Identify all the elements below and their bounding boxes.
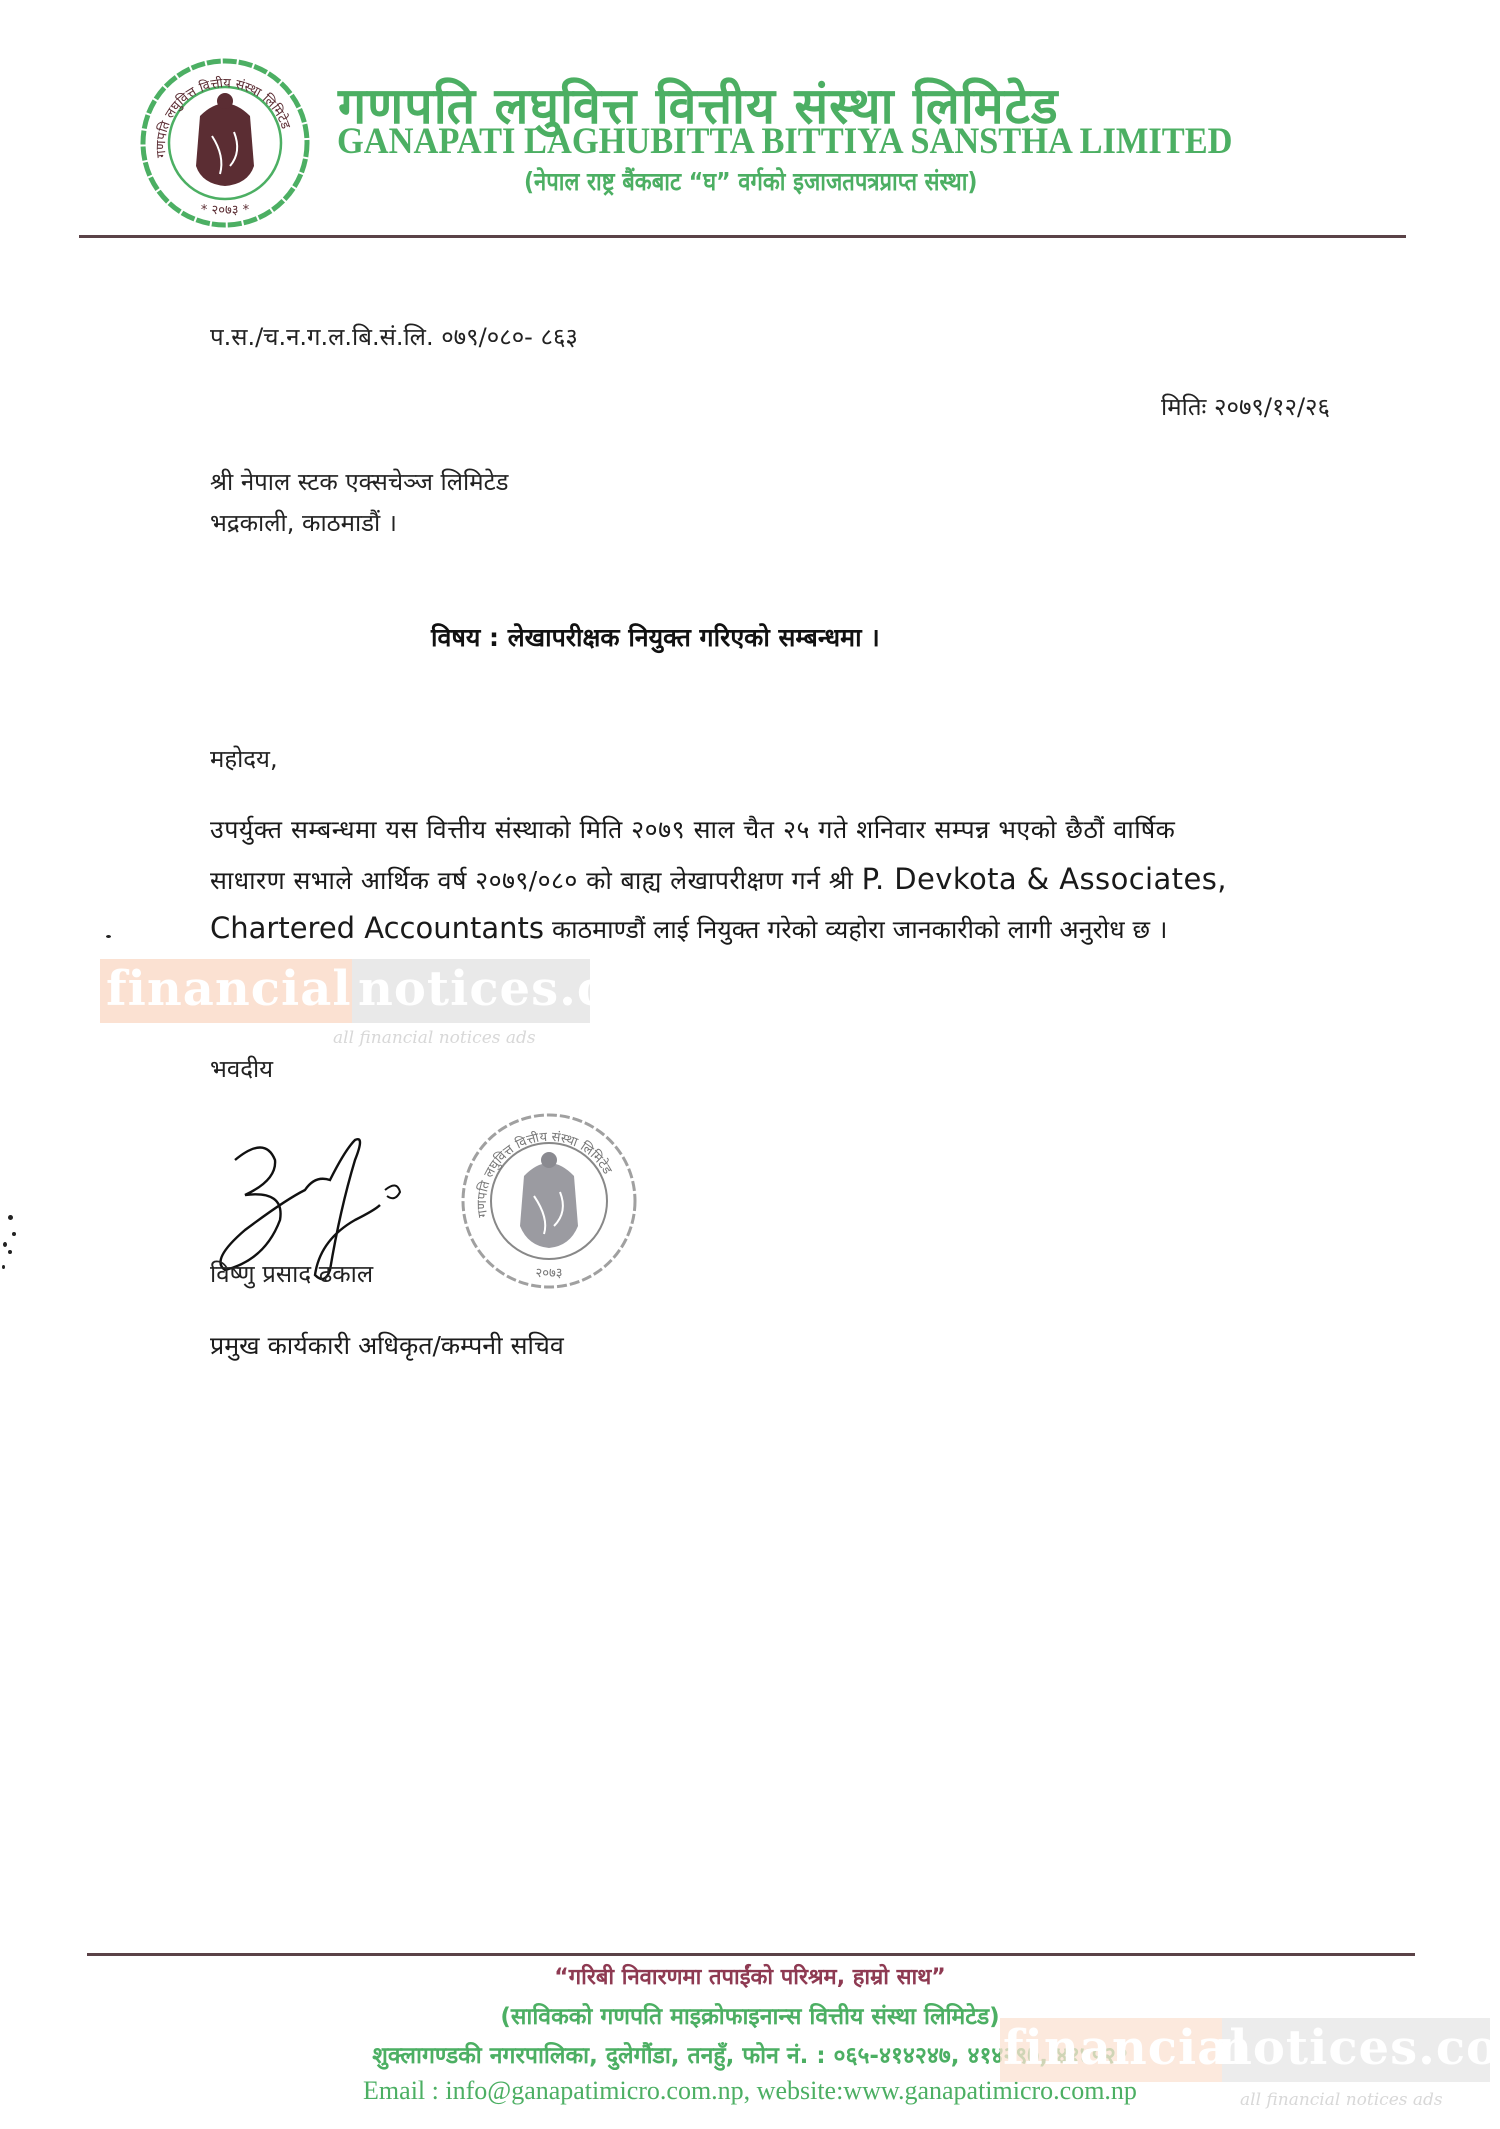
reference-number: प.स./च.न.ग.ल.बि.सं.लि. ०७९/०८०- ८६३	[210, 320, 578, 353]
auditor-firm-type: Chartered Accountants	[210, 911, 544, 945]
license-note: (नेपाल राष्ट्र बैंकबाट “घ” वर्गको इजाजतप…	[524, 164, 977, 198]
closing: भवदीय	[210, 1052, 273, 1085]
body-line-2: साधारण सभाले आर्थिक वर्ष २०७९/०८० को बाह…	[210, 862, 1227, 897]
signatory-name: विष्णु प्रसाद ढकाल	[210, 1257, 373, 1290]
letter-date: मितिः २०७९/१२/२६	[1161, 390, 1330, 423]
signatory-title: प्रमुख कार्यकारी अधिकृत/कम्पनी सचिव	[210, 1328, 564, 1362]
footer-motto: “गरिबी निवारणमा तपाईंको परिश्रम, हाम्रो …	[0, 1961, 1500, 1991]
scan-speck	[2, 1265, 5, 1269]
scan-speck	[8, 1250, 12, 1254]
footer-divider	[87, 1953, 1415, 1956]
ganesh-emblem-icon: * २०७३ * गणपति लघुवित्त वित्तीय संस्था ल…	[138, 56, 312, 230]
auditor-firm-name: P. Devkota & Associates,	[862, 862, 1227, 896]
body-line-3: Chartered Accountants काठमाण्डौं लाई निय…	[210, 911, 1168, 946]
body-line-3-nepali: काठमाण्डौं लाई नियुक्त गरेको व्यहोरा जान…	[544, 915, 1167, 944]
scan-speck	[8, 1215, 13, 1220]
svg-text:२०७३: २०७३	[535, 1266, 562, 1281]
company-seal-icon: गणपति लघुवित्त वित्तीय संस्था लिमिटेड २०…	[458, 1110, 640, 1292]
addressee-location: भद्रकाली, काठमाडौं ।	[210, 506, 397, 539]
letter-subject: विषय : लेखापरीक्षक नियुक्त गरिएको सम्बन्…	[431, 620, 880, 654]
scan-speck	[106, 935, 111, 938]
salutation: महोदय,	[210, 742, 278, 775]
watermark-tagline: all financial notices ads	[333, 1028, 536, 1048]
body-line-1: उपर्युक्त सम्बन्धमा यस वित्तीय संस्थाको …	[210, 812, 1175, 846]
addressee-name: श्री नेपाल स्टक एक्सचेञ्ज लिमिटेड	[210, 465, 509, 498]
company-name-english: GANAPATI LAGHUBITTA BITTIYA SANSTHA LIMI…	[337, 120, 1233, 163]
header-divider	[79, 235, 1406, 238]
body-line-2-nepali: साधारण सभाले आर्थिक वर्ष २०७९/०८० को बाह…	[210, 866, 862, 895]
scan-speck	[3, 1242, 7, 1247]
scan-speck	[12, 1232, 16, 1236]
svg-text:* २०७३ *: * २०७३ *	[201, 203, 250, 218]
watermark-tagline-2: all financial notices ads	[1240, 2090, 1443, 2110]
